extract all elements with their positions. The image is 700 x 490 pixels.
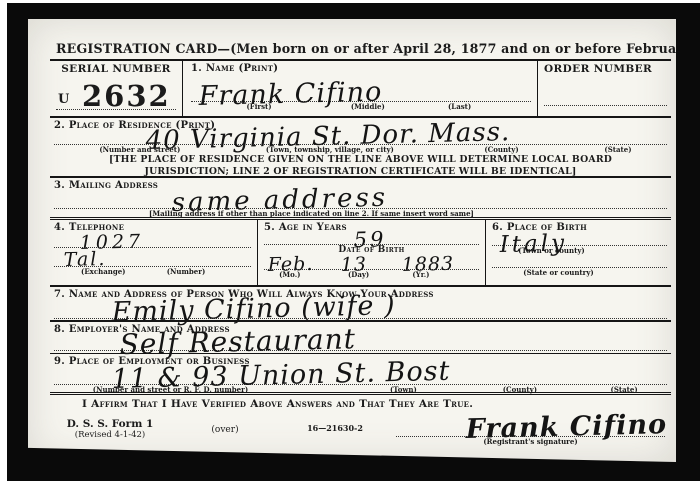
name-sub-first: (First) xyxy=(246,102,271,111)
serial-number-line: U 2632 xyxy=(56,75,176,110)
registration-card: REGISTRATION CARD—(Men born on or after … xyxy=(28,19,676,462)
serial-number-value: 2632 xyxy=(82,79,171,113)
name-sub-last: (Last) xyxy=(448,102,471,111)
row-telephone-age-birth: 4. Telephone 1027 Tal. (Exchange) (Numbe… xyxy=(50,220,671,287)
card-content: REGISTRATION CARD—(Men born on or after … xyxy=(50,41,671,446)
signature-block: Frank Cifino (Registrant's signature) xyxy=(390,418,671,446)
serial-prefix: U xyxy=(58,92,69,107)
name-label: 1. Name (Print) xyxy=(191,63,531,74)
residence-sub-county: (County) xyxy=(484,145,518,154)
mailing-section: 3. Mailing Address same address [Mailing… xyxy=(50,178,671,220)
card-title: REGISTRATION CARD—(Men born on or after … xyxy=(50,41,671,61)
employment-sub-state: (State) xyxy=(611,385,638,394)
residence-sub-town: (Town, township, village, or city) xyxy=(266,145,394,154)
dob-sublabels: (Mo.) (Day) (Yr.) xyxy=(264,270,479,279)
employment-sub-town: (Town) xyxy=(390,385,417,394)
residence-sublabels: (Number and street) (Town, township, vil… xyxy=(54,145,667,154)
form-number: D. S. S. Form 1 xyxy=(50,418,170,430)
employer-line: Self Restaurant xyxy=(54,335,667,351)
employer-section: 8. Employer's Name and Address Self Rest… xyxy=(50,322,671,354)
telephone-sub-number: (Number) xyxy=(167,267,206,276)
over-note: (over) xyxy=(170,418,280,435)
birth-section: 6. Place of Birth Italy (Town or county)… xyxy=(486,220,671,285)
name-sublabels: (First) (Middle) (Last) xyxy=(191,102,531,111)
age-value: 59 xyxy=(354,229,387,251)
age-section: 5. Age in Years 59 Date of Birth Feb. 13… xyxy=(258,220,486,285)
birth-town-sublabel: (Town or county) xyxy=(492,246,667,255)
birth-state-sublabel: (State or country) xyxy=(492,268,667,277)
birth-sub-town: (Town or county) xyxy=(518,246,584,255)
telephone-sub-exchange: (Exchange) xyxy=(81,267,125,276)
name-sub-middle: (Middle) xyxy=(351,102,385,111)
residence-note-line2: JURISDICTION; LINE 2 OF REGISTRATION CER… xyxy=(54,166,667,178)
row-serial-name-order: SERIAL NUMBER U 2632 1. Name (Print) Fra… xyxy=(50,61,671,118)
contact-line: Emily Cifino (wife ) xyxy=(54,300,667,319)
registrant-signature: Frank Cifino xyxy=(465,411,667,443)
mailing-sublabel: [Mailing address if other than place ind… xyxy=(54,209,667,218)
residence-section: 2. Place of Residence (Print) 40 Virgini… xyxy=(50,118,671,178)
dob-sub-year: (Yr.) xyxy=(412,270,429,279)
mailing-sub-note: [Mailing address if other than place ind… xyxy=(149,209,474,218)
telephone-number-line: 1027 xyxy=(54,233,251,248)
order-number-label: ORDER NUMBER xyxy=(544,63,667,75)
form-id-block: D. S. S. Form 1 (Revised 4-1-42) xyxy=(50,418,170,440)
order-number-line xyxy=(544,75,667,106)
name-section: 1. Name (Print) Frank Cifino (First) (Mi… xyxy=(183,61,538,116)
employment-section: 9. Place of Employment or Business 11 & … xyxy=(50,354,671,395)
form-revision: (Revised 4-1-42) xyxy=(50,430,170,440)
residence-sub-state: (State) xyxy=(604,145,631,154)
order-number-section: ORDER NUMBER xyxy=(538,61,671,116)
employment-sub-street: (Number and street or R. F. D. number) xyxy=(93,385,248,394)
employment-sublabels: (Number and street or R. F. D. number) (… xyxy=(54,385,667,394)
telephone-section: 4. Telephone 1027 Tal. (Exchange) (Numbe… xyxy=(50,220,258,285)
signature-line: Frank Cifino xyxy=(396,420,665,437)
contact-section: 7. Name and Address of Person Who Will A… xyxy=(50,287,671,322)
dob-sub-month: (Mo.) xyxy=(279,270,300,279)
employment-sub-county: (County) xyxy=(503,385,537,394)
name-line: Frank Cifino xyxy=(191,74,531,102)
employment-line: 11 & 93 Union St. Bost xyxy=(54,367,667,385)
residence-line: 40 Virginia St. Dor. Mass. xyxy=(54,131,667,145)
age-line: 59 xyxy=(264,233,479,245)
birth-town-line: Italy xyxy=(492,233,667,246)
telephone-exchange-line: Tal. xyxy=(54,248,251,267)
dob-sub-day: (Day) xyxy=(348,270,369,279)
birth-state-line xyxy=(492,255,667,268)
mailing-line: same address xyxy=(54,191,667,209)
affirmation-text: I Affirm That I Have Verified Above Answ… xyxy=(50,395,671,412)
dob-line: Feb. 13 1883 xyxy=(264,255,479,270)
telephone-sublabels: (Exchange) (Number) xyxy=(54,267,251,276)
residence-sub-street: (Number and street) xyxy=(99,145,180,154)
serial-number-section: SERIAL NUMBER U 2632 xyxy=(50,61,183,116)
contact-value: Emily Cifino (wife ) xyxy=(111,292,396,326)
print-code: 16—21630-2 xyxy=(280,418,390,433)
birth-sub-state: (State or country) xyxy=(523,268,593,277)
card-footer: D. S. S. Form 1 (Revised 4-1-42) (over) … xyxy=(50,412,671,446)
serial-number-label: SERIAL NUMBER xyxy=(54,63,178,75)
scanned-document-viewer: REGISTRATION CARD—(Men born on or after … xyxy=(0,0,700,490)
